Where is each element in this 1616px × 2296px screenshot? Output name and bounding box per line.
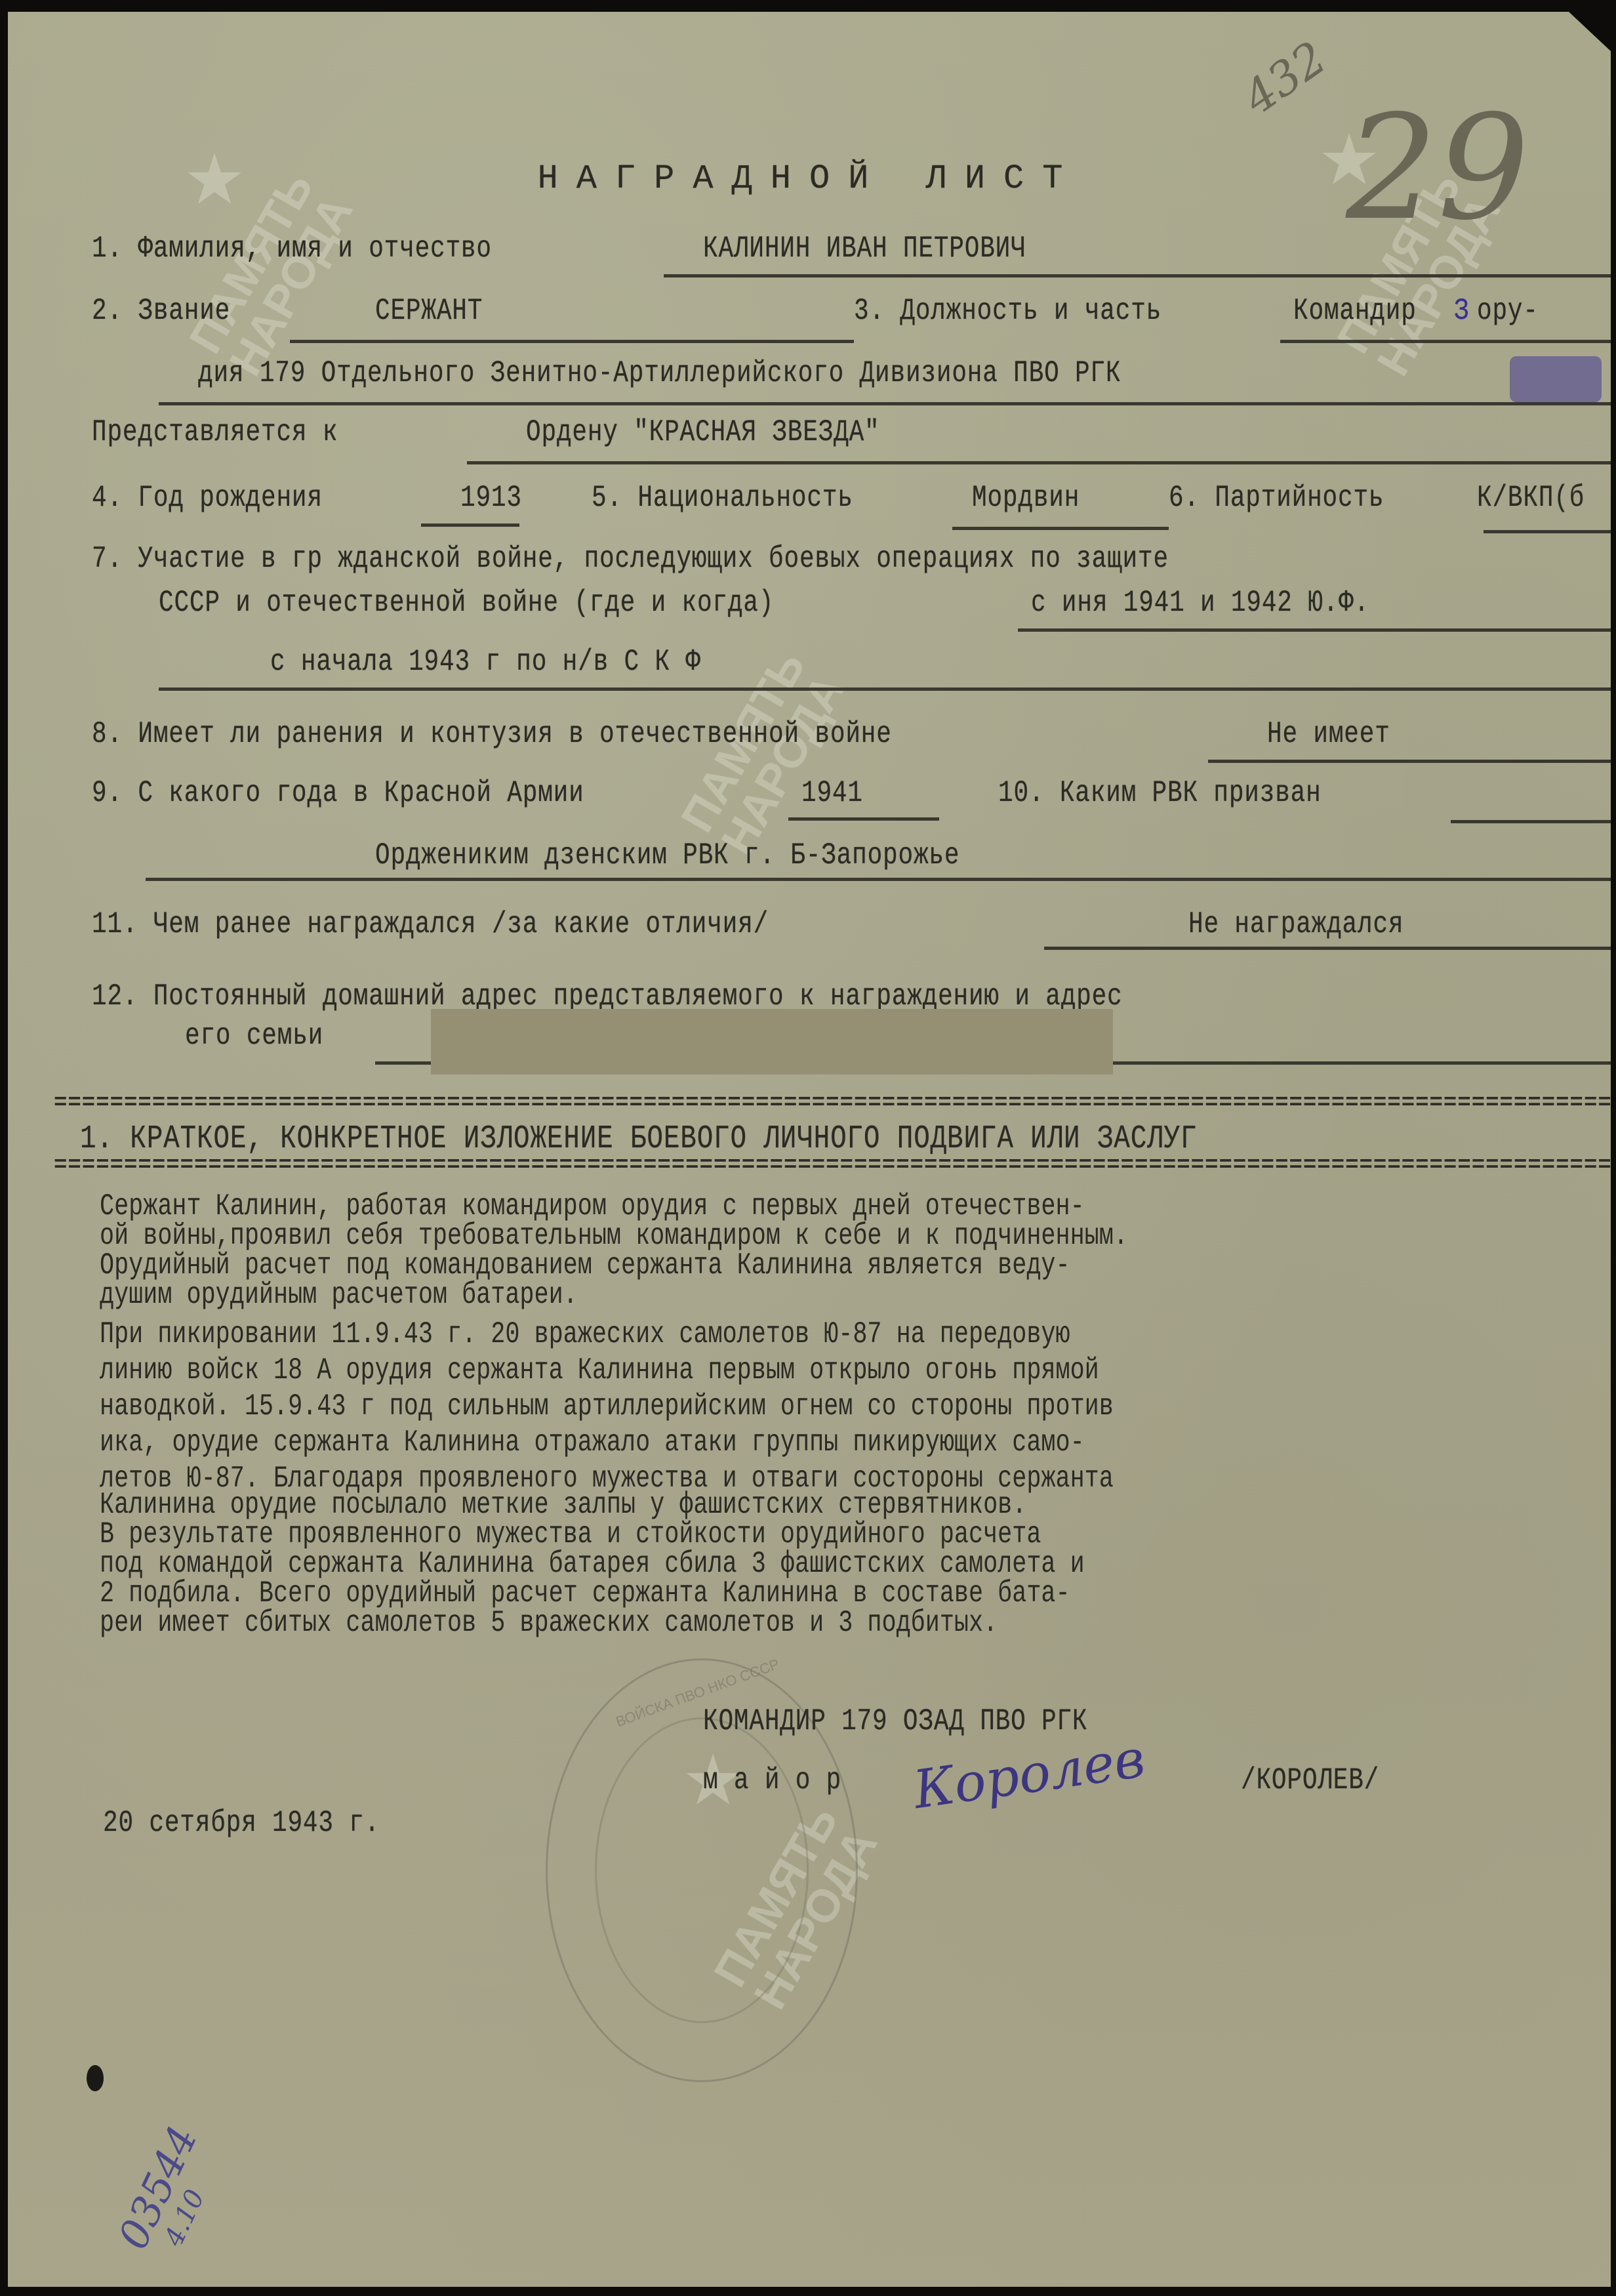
field-5-label: 5. Национальность	[592, 481, 853, 515]
field-7-label-2: СССР и отечественной войне (где и когда)	[159, 586, 774, 620]
body-line: линию войск 18 А орудия сержанта Калинин…	[100, 1353, 1099, 1387]
nominated-label: Представляется к	[92, 415, 338, 449]
field-12-label-2: его семьи	[185, 1019, 323, 1053]
pencil-archive-number: 432	[1234, 31, 1336, 125]
field-1-underline	[664, 274, 1611, 277]
field-5-underline	[952, 527, 1169, 530]
field-4-underline	[421, 523, 519, 527]
field-10-underline	[1451, 820, 1611, 823]
body-line: душим орудийным расчетом батареи.	[100, 1278, 578, 1312]
field-7-underline-1	[1018, 628, 1611, 632]
field-7-value-1: с иня 1941 и 1942 Ю.Ф.	[1031, 586, 1369, 620]
field-1-label: 1. Фамилия, имя и отчество	[92, 232, 492, 266]
field-11-underline	[1044, 947, 1611, 950]
body-line: ика, орудие сержанта Калинина отражало а…	[100, 1425, 1085, 1460]
field-10-value: Орджениким дзенским РВК г. Б-Запорожье	[375, 838, 960, 872]
body-line: реи имеет сбитых самолетов 5 вражеских с…	[100, 1606, 998, 1640]
field-9-label: 9. С какого года в Красной Армии	[92, 776, 584, 810]
section-heading: 1. КРАТКОЕ, КОНКРЕТНОЕ ИЗЛОЖЕНИЕ БОЕВОГО…	[80, 1120, 1197, 1158]
signatory-rank: м а й о р	[703, 1763, 841, 1797]
separator-dashes-bottom: ========================================…	[54, 1153, 1615, 1178]
field-8-label: 8. Имеет ли ранения и контузия в отечест…	[92, 717, 892, 751]
address-redaction-box	[431, 1009, 1113, 1075]
field-7-value-2: с начала 1943 г по н/в С К Ф	[270, 645, 701, 679]
body-line: При пикировании 11.9.43 г. 20 вражеских …	[100, 1317, 1070, 1351]
field-3-cont-underline	[159, 402, 1611, 405]
field-1-value: КАЛИНИН ИВАН ПЕТРОВИЧ	[703, 232, 1026, 266]
field-8-underline	[1208, 760, 1611, 763]
field-6-label: 6. Партийность	[1169, 481, 1384, 515]
field-11-value: Не награждался	[1188, 907, 1404, 941]
body-line: наводкой. 15.9.43 г под сильным артиллер…	[100, 1389, 1114, 1424]
field-2-value: СЕРЖАНТ	[375, 294, 483, 328]
signatory-name: /КОРОЛЕВ/	[1241, 1763, 1379, 1797]
field-4-label: 4. Год рождения	[92, 481, 323, 515]
nominated-value: Ордену "КРАСНАЯ ЗВЕЗДА"	[526, 415, 879, 449]
field-11-label: 11. Чем ранее награждался /за какие отли…	[92, 907, 769, 941]
field-3-value-b: ору-	[1477, 294, 1539, 328]
field-7-label-1: 7. Участие в гр жданской войне, последую…	[92, 542, 1169, 576]
field-3-value-a: Командир	[1293, 294, 1417, 328]
document-title: НАГРАДНОЙ ЛИСТ	[8, 159, 1611, 198]
field-2-underline	[290, 340, 854, 343]
field-5-value: Мордвин	[972, 481, 1080, 515]
punch-hole	[87, 2065, 104, 2091]
field-10-underline-2	[146, 878, 1611, 881]
field-4-value: 1913	[460, 481, 522, 515]
field-8-value: Не имеет	[1267, 717, 1390, 751]
signatory-position: КОМАНДИР 179 ОЗАД ПВО РГК	[703, 1704, 1087, 1738]
field-9-underline	[788, 817, 939, 821]
ink-scribble-redaction	[1510, 356, 1602, 402]
field-10-label: 10. Каким РВК призван	[998, 776, 1322, 810]
document-page: ★ ★ ★ ПАМЯТЬНАРОДА ПАМЯТЬНАРОДА ПАМЯТЬНА…	[8, 12, 1611, 2287]
nominated-underline	[467, 461, 1611, 464]
field-7-underline-2	[159, 687, 1611, 691]
field-2-label: 2. Звание	[92, 294, 230, 328]
document-date: 20 сетября 1943 г.	[103, 1806, 380, 1840]
field-3-underline	[1280, 340, 1611, 343]
handwritten-signature: Королев	[910, 1728, 1148, 1820]
field-6-value: К/ВКП(б	[1477, 481, 1585, 515]
field-3-label: 3. Должность и часть	[854, 294, 1161, 328]
field-3-ink-correction: З	[1454, 294, 1469, 328]
field-6-underline	[1484, 530, 1611, 533]
separator-dashes-top: ========================================…	[54, 1091, 1615, 1116]
field-9-value: 1941	[801, 776, 863, 810]
field-3-value-cont: дия 179 Отдельного Зенитно-Артиллерийско…	[198, 356, 1121, 390]
